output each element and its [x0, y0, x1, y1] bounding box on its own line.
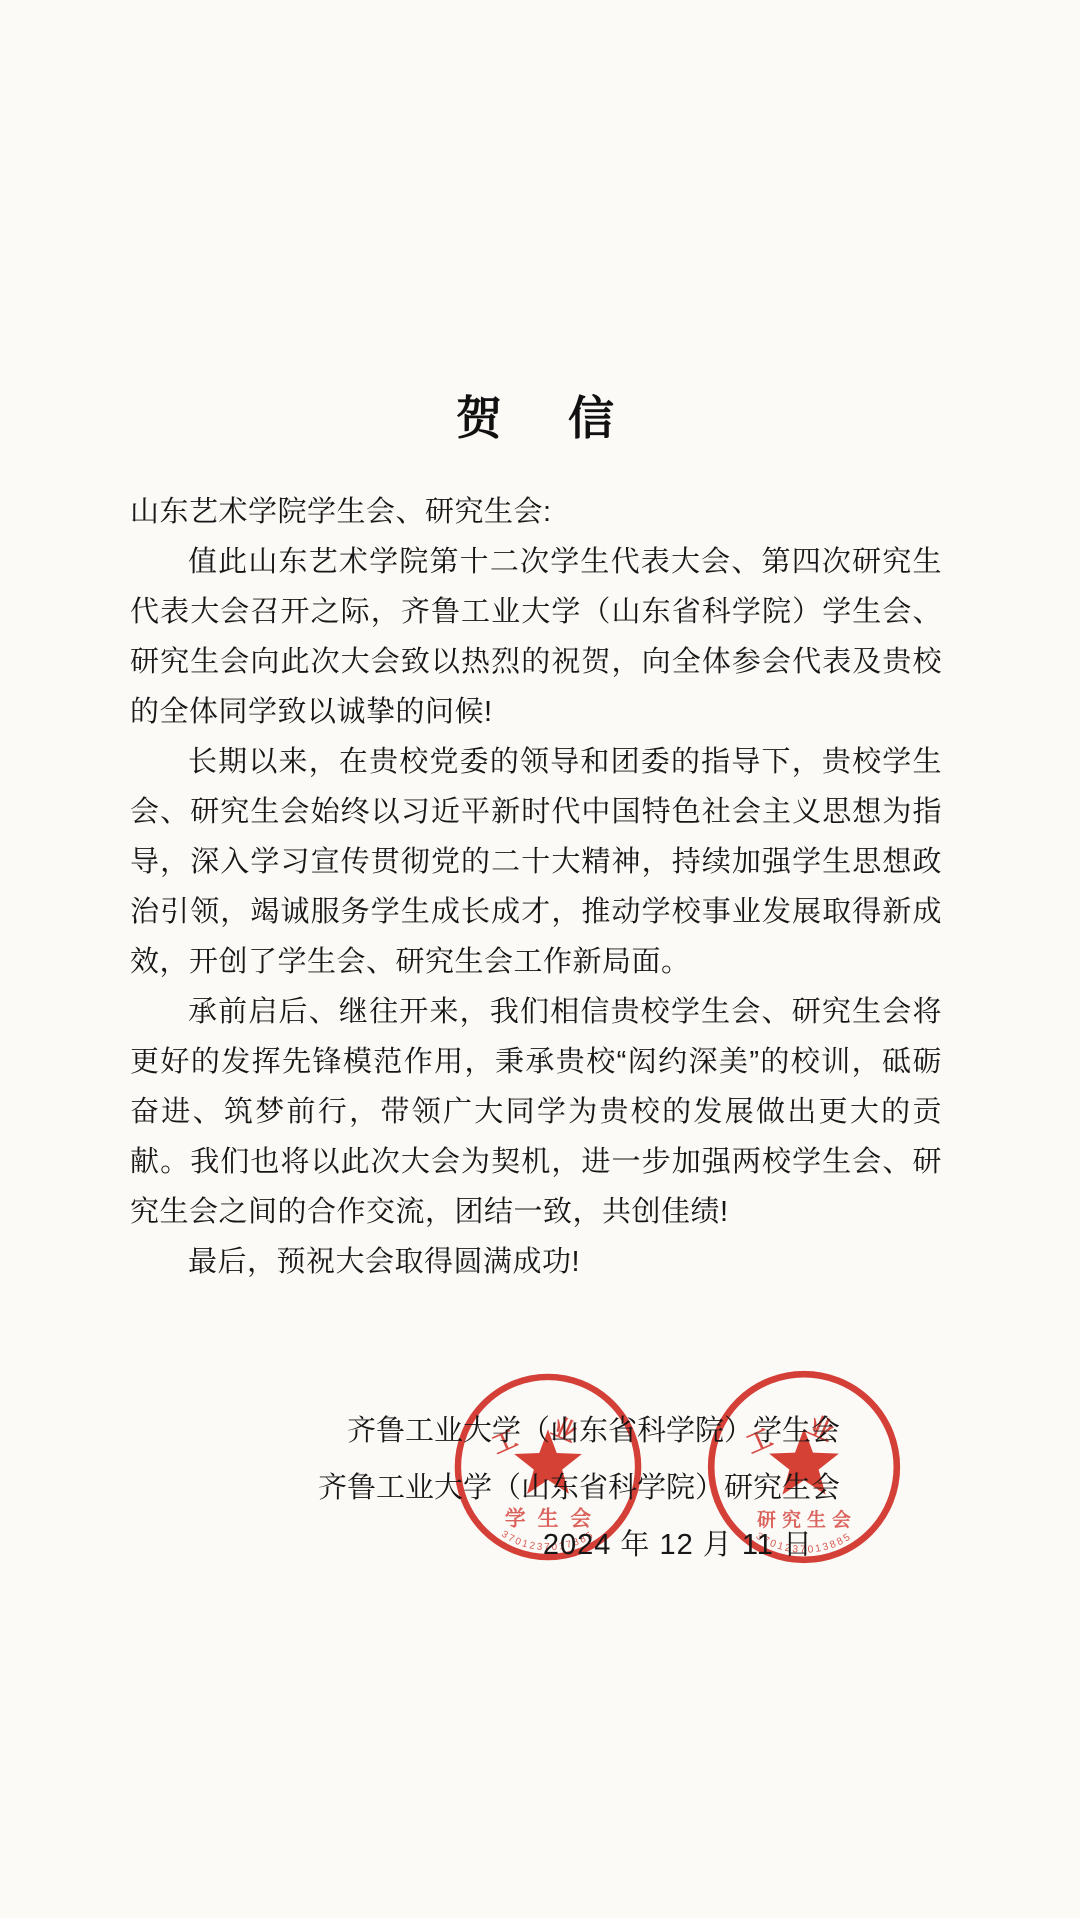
- letter-paragraph: 值此山东艺术学院第十二次学生代表大会、第四次研究生代表大会召开之际，齐鲁工业大学…: [130, 537, 942, 737]
- signature-date: 2024 年 12 月 11 日: [0, 1517, 1080, 1574]
- letter-paragraph: 承前启后、继往开来，我们相信贵校学生会、研究生会将更好的发挥先锋模范作用，秉承贵…: [130, 987, 942, 1237]
- page-title: 贺 信: [0, 382, 1080, 448]
- letter-paragraph: 长期以来，在贵校党委的领导和团委的指导下，贵校学生会、研究生会始终以习近平新时代…: [130, 737, 942, 987]
- letter-page: 贺 信 山东艺术学院学生会、研究生会: 值此山东艺术学院第十二次学生代表大会、第…: [0, 0, 1080, 1918]
- letter-body: 山东艺术学院学生会、研究生会: 值此山东艺术学院第十二次学生代表大会、第四次研究…: [130, 487, 942, 1287]
- signature-students-union: 齐鲁工业大学（山东省科学院）学生会: [0, 1403, 1080, 1460]
- salutation: 山东艺术学院学生会、研究生会:: [130, 487, 942, 537]
- signature-graduate-union: 齐鲁工业大学（山东省科学院）研究生会: [0, 1460, 1080, 1517]
- letter-paragraph: 最后，预祝大会取得圆满成功!: [130, 1237, 942, 1287]
- signature-block: 齐鲁工业大学（山东省科学院）学生会 齐鲁工业大学（山东省科学院）研究生会 202…: [0, 1403, 1080, 1574]
